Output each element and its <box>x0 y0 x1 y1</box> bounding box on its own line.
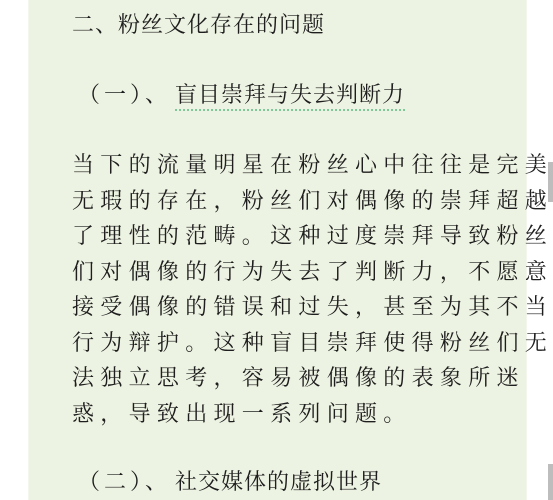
paragraph-line: 法独立思考，容易被偶像的表象所迷 <box>72 361 492 397</box>
subsection-heading-2: （二）、社交媒体的虚拟世界 <box>78 467 382 499</box>
subsection-title-link[interactable]: 盲目崇拜与失去判断力 <box>175 83 405 111</box>
paragraph-line: 们对偶像的行为失去了判断力，不愿意 <box>72 255 492 291</box>
subsection-number: （一）、 <box>78 80 171 112</box>
paragraph-line: 无瑕的存在，粉丝们对偶像的崇拜超越 <box>72 184 492 220</box>
subsection-heading-1: （一）、盲目崇拜与失去判断力 <box>78 80 405 112</box>
paragraph: 当下的流量明星在粉丝心中往往是完美 无瑕的存在，粉丝们对偶像的崇拜超越 了理性的… <box>72 148 492 432</box>
subsection-title: 社交媒体的虚拟世界 <box>175 470 382 495</box>
subsection-number: （二）、 <box>78 467 171 499</box>
side-scroll-tab[interactable] <box>548 162 553 202</box>
paragraph-line: 惑，导致出现一系列问题。 <box>72 397 492 433</box>
paragraph-line: 行为辩护。这种盲目崇拜使得粉丝们无 <box>72 326 492 362</box>
paragraph-line: 接受偶像的错误和过失，甚至为其不当 <box>72 290 492 326</box>
paragraph-line: 当下的流量明星在粉丝心中往往是完美 <box>72 148 492 184</box>
side-scroll-tab[interactable] <box>548 464 553 500</box>
paragraph-line: 了理性的范畴。这种过度崇拜导致粉丝 <box>72 219 492 255</box>
section-heading: 二、粉丝文化存在的问题 <box>72 10 325 42</box>
